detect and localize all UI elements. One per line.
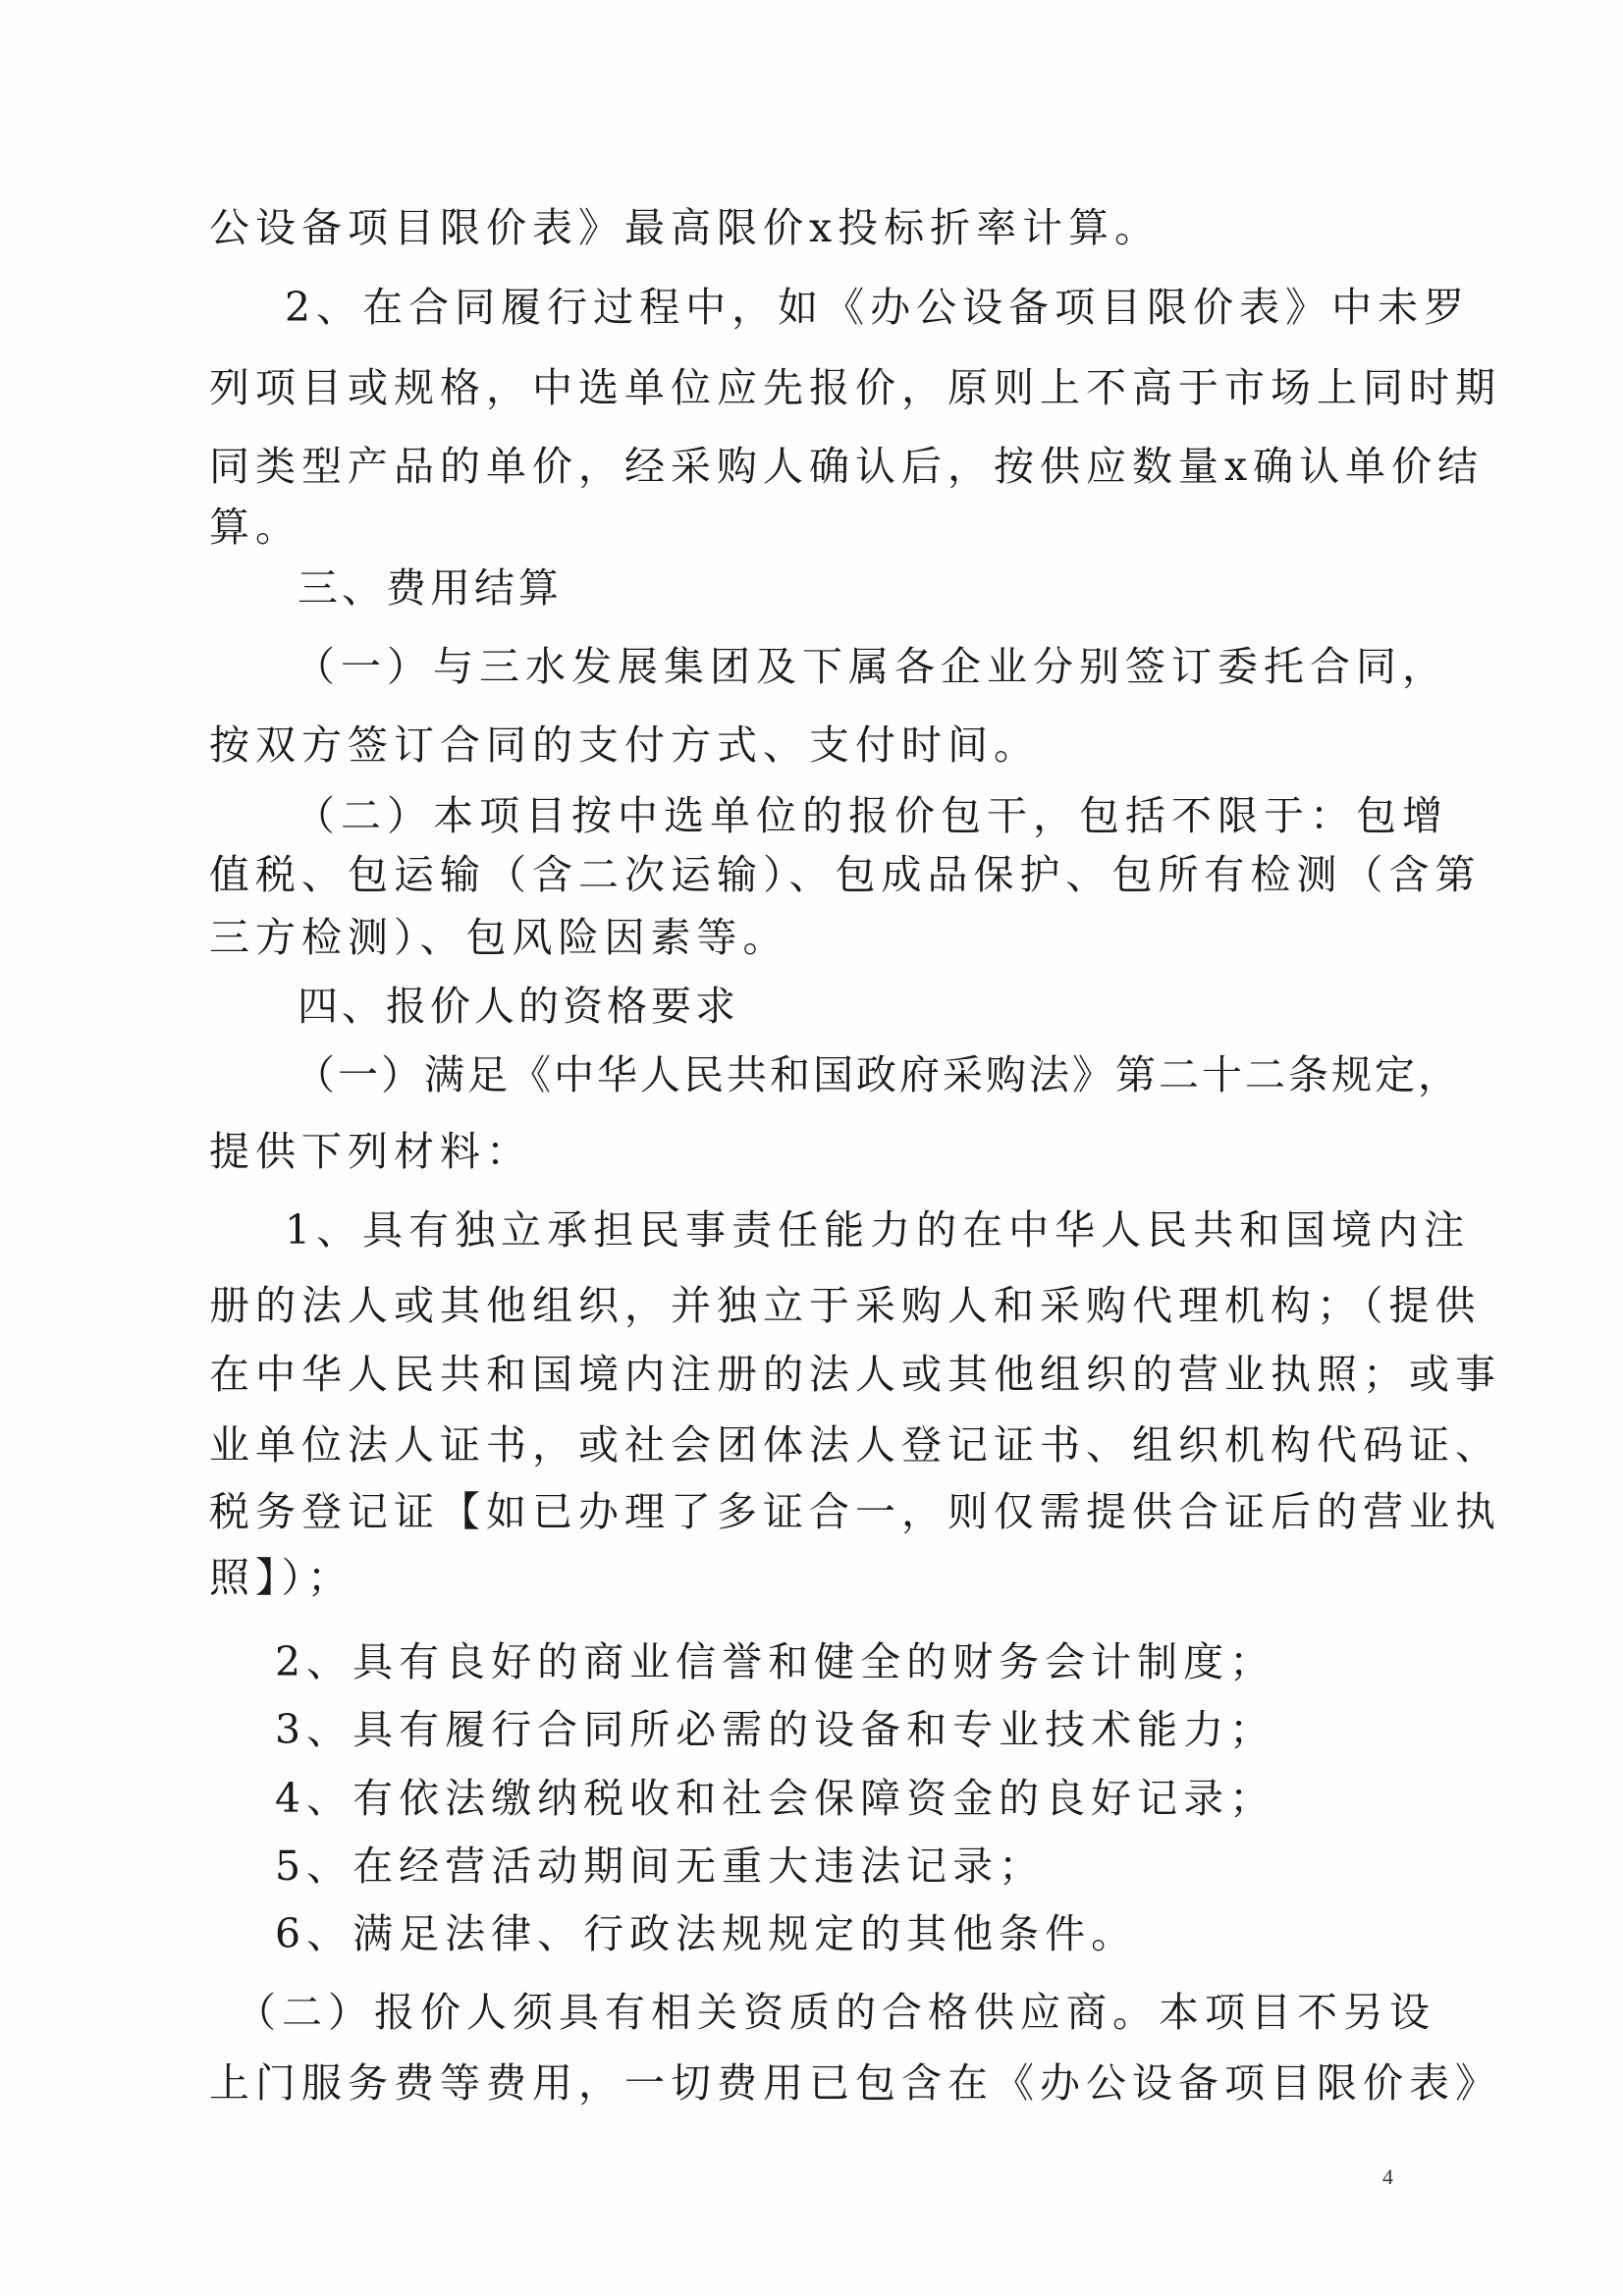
text-line: 1、具有独立承担民事责任能力的在中华人民共和国境内注 [285,1205,1470,1255]
page-number: 4 [1382,2164,1393,2190]
text-line: 税务登记证【如已办理了多证合一，则仅需提供合证后的营业执 [209,1487,1501,1536]
text-line: 同类型产品的单价，经采购人确认后，按供应数量x确认单价结 [209,442,1484,491]
text-line: 上门服务费等费用，一切费用已包含在《办公设备项目限价表》 [209,2058,1501,2108]
text-line: 业单位法人证书，或社会团体法人登记证书、组织机构代码证、 [209,1420,1501,1469]
text-line: 按双方签订合同的支付方式、支付时间。 [209,721,1040,770]
text-line: 值税、包运输（含二次运输）、包成品保护、包所有检测（含第 [209,850,1482,899]
section-heading-qualifications: 四、报价人的资格要求 [298,982,739,1031]
list-item: 3、具有履行合同所必需的设备和专业技术能力； [275,1705,1275,1754]
list-item: 5、在经营活动期间无重大违法记录； [275,1842,1045,1891]
text-line: 照】）； [209,1553,353,1602]
text-line: 算。 [209,503,301,552]
text-line: 三方检测）、包风险因素等。 [209,913,789,962]
section-heading-fee-settlement: 三、费用结算 [298,563,563,613]
text-line: 公设备项目限价表》最高限价x投标折率计算。 [209,203,1161,252]
text-line: 2、在合同履行过程中，如《办公设备项目限价表》中未罗 [285,283,1470,332]
text-line: 在中华人民共和国境内注册的法人或其他组织的营业执照；或事 [209,1350,1501,1399]
text-line: （一）满足《中华人民共和国政府采购法》第二十二条规定， [295,1050,1461,1099]
text-line: （二）报价人须具有相关资质的合格供应商。本项目不另设 [236,1988,1435,2037]
text-line: 册的法人或其他组织，并独立于采购人和采购代理机构；（提供 [209,1281,1482,1330]
text-line: （二）本项目按中选单位的报价包干，包括不限于：包增 [295,791,1448,840]
list-item: 6、满足法律、行政法规规定的其他条件。 [275,1909,1137,1958]
text-line: （一）与三水发展集团及下属各企业分别签订委托合同， [295,642,1448,691]
text-line: 提供下列材料： [209,1127,532,1176]
document-page: 公设备项目限价表》最高限价x投标折率计算。 2、在合同履行过程中，如《办公设备项… [0,0,1623,2296]
list-item: 2、具有良好的商业信誉和健全的财务会计制度； [275,1637,1275,1686]
text-line: 列项目或规格，中选单位应先报价，原则上不高于市场上同时期 [209,363,1501,412]
list-item: 4、有依法缴纳税收和社会保障资金的良好记录； [275,1774,1275,1823]
